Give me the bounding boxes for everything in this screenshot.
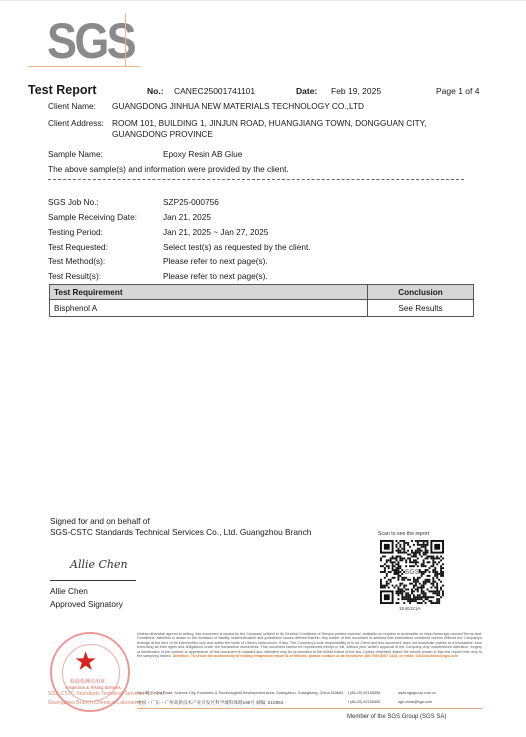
sgs-group-membership: Member of the SGS Group (SGS SA) bbox=[347, 714, 446, 720]
signing-company: SGS-CSTC Standards Technical Services Co… bbox=[50, 527, 311, 537]
client-address-label: Client Address: bbox=[48, 118, 104, 128]
header-conclusion: Conclusion bbox=[368, 285, 474, 300]
job-row-label: Test Method(s): bbox=[48, 256, 105, 266]
sample-note: The above sample(s) and information were… bbox=[48, 164, 289, 174]
page-top-border bbox=[0, 0, 526, 1]
sgs-logo: SGS bbox=[28, 13, 140, 67]
job-row-value: Please refer to next page(s). bbox=[163, 256, 268, 266]
report-date: Feb 19, 2025 bbox=[331, 86, 381, 96]
client-name-label: Client Name: bbox=[48, 101, 96, 111]
logo-text: SGS bbox=[47, 15, 134, 67]
job-row-value: Jan 21, 2025 bbox=[163, 212, 211, 222]
signatory-name: Allie Chen bbox=[50, 586, 88, 596]
report-date-label: Date: bbox=[296, 86, 317, 96]
footer-rule bbox=[137, 708, 482, 709]
table-header-row: Test Requirement Conclusion bbox=[50, 285, 474, 300]
stamp-text-en: Inspection & Testing Services bbox=[66, 685, 121, 690]
conclusion-cell: See Results bbox=[368, 300, 474, 317]
client-name: GUANGDONG JINHUA NEW MATERIALS TECHNOLOG… bbox=[112, 101, 364, 111]
job-row-value: Select test(s) as requested by the clien… bbox=[163, 242, 311, 252]
client-address-line1: ROOM 101, BUILDING 1, JINJUN ROAD, HUANG… bbox=[112, 118, 426, 128]
table-row: Bisphenol A See Results bbox=[50, 300, 474, 317]
job-row-value: Jan 21, 2025 ~ Jan 27, 2025 bbox=[163, 227, 268, 237]
signed-on-behalf: Signed for and on behalf of bbox=[50, 516, 150, 526]
logo-vertical-rule bbox=[125, 13, 126, 67]
authenticity-attention: Attention: To check the authenticity of … bbox=[172, 654, 458, 658]
sample-name-label: Sample Name: bbox=[48, 149, 103, 159]
handwritten-signature: Allie Chen bbox=[70, 558, 128, 571]
client-address-line2: GUANGDONG PROVINCE bbox=[112, 129, 213, 139]
telephone-1: t (86-20) 82155555 bbox=[348, 691, 380, 695]
job-row-label: Test Requested: bbox=[48, 242, 108, 252]
job-row-label: Test Result(s): bbox=[48, 271, 101, 281]
svg-text:SGS: SGS bbox=[405, 569, 420, 576]
report-number: CANEC25001741101 bbox=[174, 86, 255, 96]
sample-name: Epoxy Resin AB Glue bbox=[163, 149, 242, 159]
test-requirement-table: Test Requirement Conclusion Bisphenol A … bbox=[49, 284, 474, 317]
stamp-text: 检验检测专用章 bbox=[70, 678, 105, 685]
dashed-divider bbox=[48, 179, 464, 180]
legal-disclaimer: Unless otherwise agreed in writing, this… bbox=[137, 632, 482, 658]
job-row-label: Testing Period: bbox=[48, 227, 103, 237]
job-row-value: SZP25-000756 bbox=[163, 197, 219, 207]
star-icon: ★ bbox=[74, 648, 97, 674]
telephone-2: t (86-20) 82155555 bbox=[348, 700, 380, 704]
report-number-label: No.: bbox=[147, 86, 164, 96]
signature-line bbox=[50, 580, 136, 581]
address-chinese: 中国・广东・广州高新技术产业开发区科学城科珠路198号 邮编: 510663 bbox=[137, 700, 283, 706]
job-row-value: Please refer to next page(s). bbox=[163, 271, 268, 281]
qr-code-id: 1E46121A bbox=[399, 606, 420, 611]
qr-code-icon[interactable]: SGS bbox=[379, 540, 445, 604]
header-test-requirement: Test Requirement bbox=[50, 285, 368, 300]
signatory-title: Approved Signatory bbox=[50, 599, 123, 609]
requirement-cell: Bisphenol A bbox=[50, 300, 368, 317]
stamp-company-line2: Guangzhou Branch Chemical Laboratory bbox=[48, 700, 142, 706]
website-link[interactable]: www.sgsgroup.com.cn bbox=[398, 691, 436, 695]
email-link[interactable]: sgs.china@sgs.com bbox=[398, 700, 432, 704]
logo-horizontal-rule bbox=[28, 66, 140, 67]
qr-caption: Scan to see the report bbox=[378, 531, 429, 537]
page-number: Page 1 of 4 bbox=[436, 86, 479, 96]
job-row-label: SGS Job No.: bbox=[48, 197, 99, 207]
report-title: Test Report bbox=[28, 83, 97, 97]
address-english: No.198, Kezhu Road, Science City, Econom… bbox=[137, 691, 343, 695]
job-row-label: Sample Receiving Date: bbox=[48, 212, 137, 222]
